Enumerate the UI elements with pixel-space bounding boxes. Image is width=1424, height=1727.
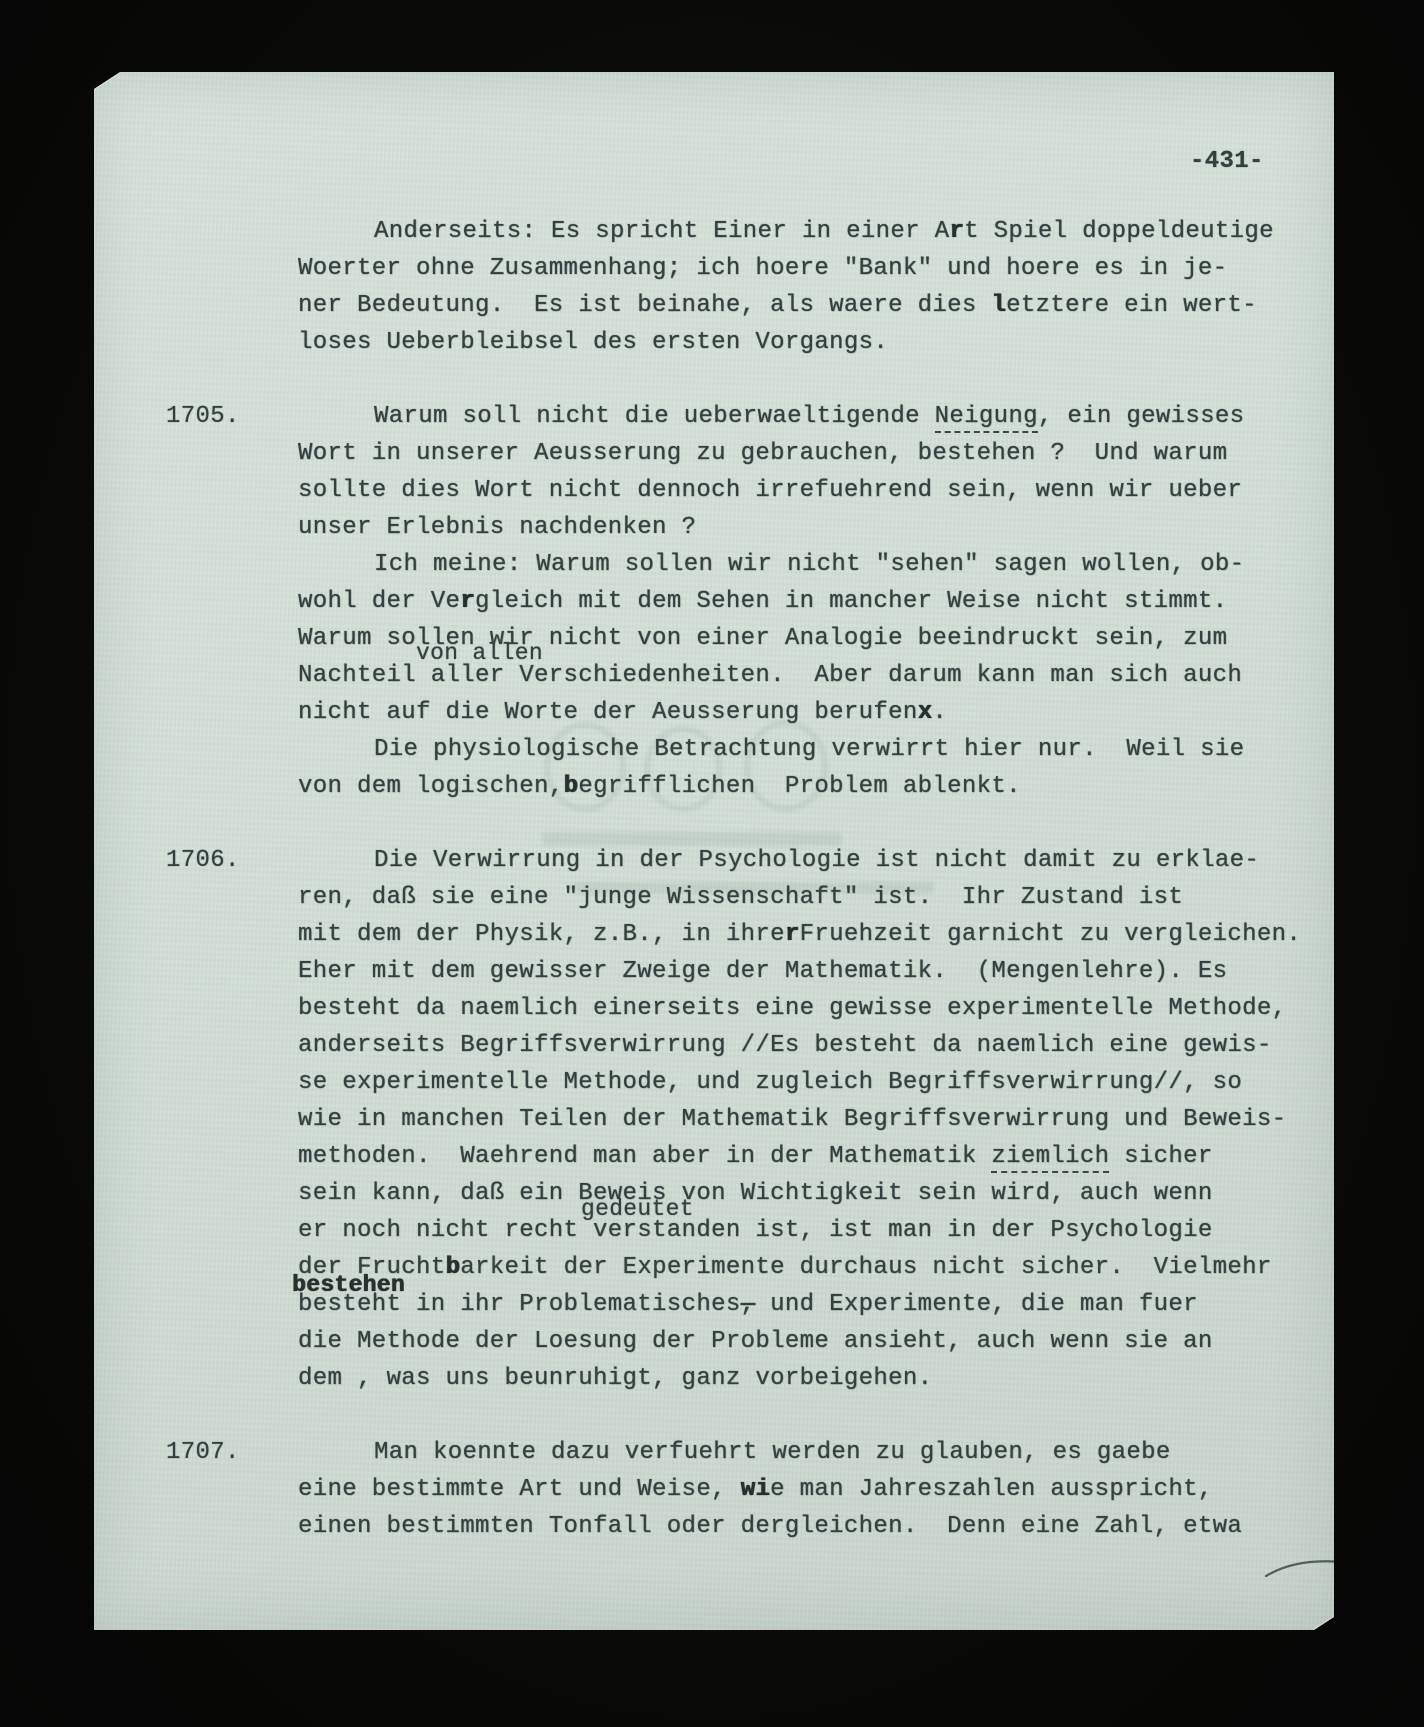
text-line: Anderseits: Es spricht Einer in einer Ar… <box>374 218 1274 245</box>
text-line: Die physiologische Betrachtung verwirrt … <box>374 736 1244 763</box>
text-line: Woerter ohne Zusammenhang; ich hoere "Ba… <box>298 255 1227 282</box>
text-line: besteht da naemlich einerseits eine gewi… <box>298 995 1286 1022</box>
text-line: Eher mit dem gewisser Zweige der Mathema… <box>298 958 1227 985</box>
text-line: Warum soll nicht die ueberwaeltigende Ne… <box>374 403 1244 430</box>
text-line: eine bestimmte Art und Weise, wie man Ja… <box>298 1476 1213 1503</box>
interlinear-insertion: von allen <box>416 640 543 666</box>
text-line: mit dem der Physik, z.B., in ihrerFruehz… <box>298 921 1301 948</box>
text-line: Man koennte dazu verfuehrt werden zu gla… <box>374 1439 1171 1466</box>
text-line: se experimentelle Methode, und zugleich … <box>298 1069 1242 1096</box>
interlinear-insertion: gedeutet <box>581 1196 694 1222</box>
text-line: einen bestimmten Tonfall oder dergleiche… <box>298 1513 1242 1540</box>
text-line: unser Erlebnis nachdenken ? <box>298 514 696 541</box>
scanned-document-photo: { "page": { "page_number": "-431-", "lin… <box>0 0 1424 1727</box>
text-line: Nachteil aller Verschiedenheiten. Aber d… <box>298 662 1242 689</box>
text-line: nicht auf die Worte der Aeusserung beruf… <box>298 699 947 726</box>
section-number: 1705. <box>166 403 240 430</box>
text-line: von dem logischen,begrifflichen Problem … <box>298 773 1021 800</box>
text-line: der Fruchtbarkeit der Experimente durcha… <box>298 1254 1272 1281</box>
text-line: methoden. Waehrend man aber in der Mathe… <box>298 1143 1213 1170</box>
text-line: loses Ueberbleibsel des ersten Vorgangs. <box>298 329 888 356</box>
interlinear-insertion: bestehen <box>292 1272 405 1298</box>
text-line: sollte dies Wort nicht dennoch irrefuehr… <box>298 477 1242 504</box>
text-line: dem , was uns beunruhigt, ganz vorbeigeh… <box>298 1365 932 1392</box>
text-line: sein kann, daß ein Beweis von Wichtigkei… <box>298 1180 1213 1207</box>
text-layer: Anderseits: Es spricht Einer in einer Ar… <box>94 72 1334 1630</box>
text-line: er noch nicht recht verstanden ist, ist … <box>298 1217 1213 1244</box>
section-number: 1706. <box>166 847 240 874</box>
section-number: 1707. <box>166 1439 240 1466</box>
text-line: ren, daß sie eine "junge Wissenschaft" i… <box>298 884 1183 911</box>
document-page: -431- Anderseits: Es spricht Einer in ei… <box>94 72 1334 1630</box>
text-line: besteht in ihr Problematisches, und Expe… <box>298 1291 1198 1318</box>
text-line: ner Bedeutung. Es ist beinahe, als waere… <box>298 292 1257 319</box>
text-line: Die Verwirrung in der Psychologie ist ni… <box>374 847 1259 874</box>
text-line: wie in manchen Teilen der Mathematik Beg… <box>298 1106 1286 1133</box>
text-line: Wort in unserer Aeusserung zu gebrauchen… <box>298 440 1227 467</box>
text-line: Ich meine: Warum sollen wir nicht "sehen… <box>374 551 1244 578</box>
text-line: die Methode der Loesung der Probleme ans… <box>298 1328 1213 1355</box>
text-line: wohl der Vergleich mit dem Sehen in manc… <box>298 588 1227 615</box>
text-line: anderseits Begriffsverwirrung //Es beste… <box>298 1032 1272 1059</box>
